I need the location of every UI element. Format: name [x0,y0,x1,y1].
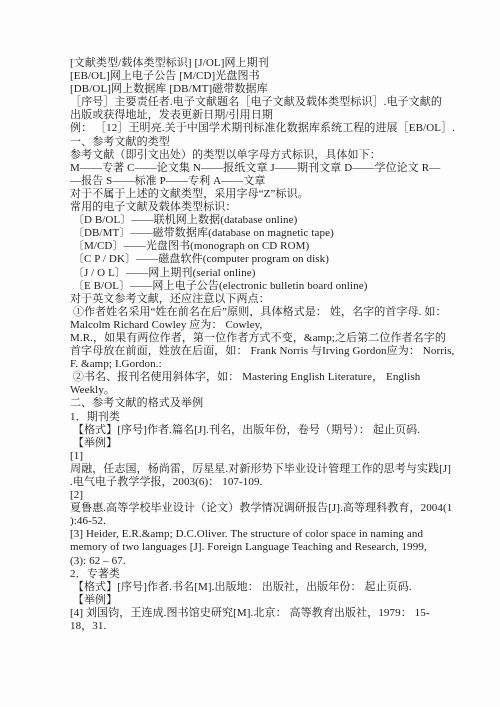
text-line: F. &amp; I.Gordon.: [70,358,450,371]
document-body: [文献类型/载体类型标识] [J/OL]网上期刊[EB/OL]网上电子公告 [M… [70,57,450,633]
text-line: [1] [70,450,450,463]
text-line: 首字母放在前面，姓放在后面，如： Frank Norris 与Irving Go… [70,345,450,358]
text-line: 对于不属于上述的文献类型，采用字母“Z”标识。 [70,188,450,201]
text-line: ①作者姓名采用“姓在前名在后”原则，具体格式是： 姓，名字的首字母. 如： [70,306,450,319]
text-line: 〔M/CD〕——光盘图书(monograph on CD ROM) [70,240,450,253]
text-line: 夏鲁惠.高等学校毕业设计（论文）教学情况调研报告[J].高等理科教育，2004(… [70,502,450,515]
text-line: 常用的电子文献及载体类型标识： [70,201,450,214]
text-line: 参考文献（即引文出处）的类型以单字母方式标识，具体如下： [70,149,450,162]
text-line: 二、参考文献的格式及举例 [70,397,450,410]
text-line: 出版或获得地址，发表更新日期/引用日期 [70,109,450,122]
text-line: ②书名、报刊名使用斜体字，如： Mastering English Litera… [70,371,450,384]
text-line: .电气电子教学学报，2003(6)： 107-109. [70,476,450,489]
text-line: 一、参考文献的类型 [70,136,450,149]
text-line: 2．专著类 [70,568,450,581]
text-line: memory of two languages [J]. Foreign Lan… [70,541,450,554]
text-line: —报告 S——标准 P——专利 A——文章 [70,175,450,188]
text-line: Malcolm Richard Cowley 应为： Cowley, [70,319,450,332]
text-line: (3): 62 – 67. [70,555,450,568]
text-line: [2] [70,489,450,502]
text-line: 例： ［12］王明亮.关于中国学术期刊标准化数据库系统工程的进展［EB/OL］. [70,122,450,135]
document-page: [文献类型/载体类型标识] [J/OL]网上期刊[EB/OL]网上电子公告 [M… [0,0,500,707]
text-line: 【举例】 [70,437,450,450]
text-line: [文献类型/载体类型标识] [J/OL]网上期刊 [70,57,450,70]
text-line: 〔D B/OL〕——联机网上数据(database online) [70,214,450,227]
text-line: M——专著 C——论文集 N——报纸文章 J——期刊文章 D——学位论文 R— [70,162,450,175]
text-line: 对于英文参考文献，还应注意以下两点： [70,293,450,306]
text-line: 〔E B/OL〕——网上电子公告(electronic bulletin boa… [70,280,450,293]
text-line: 【格式】[序号]作者.书名[M].出版地： 出版社，出版年份： 起止页码. [70,581,450,594]
text-line: 1．期刊类 [70,411,450,424]
text-line: ):46-52. [70,515,450,528]
text-line: 18，31. [70,620,450,633]
text-line: ［序号］主要责任者.电子文献题名［电子文献及载体类型标识］.电子文献的 [70,96,450,109]
text-line: 〔DB/MT〕——磁带数据库(database on magnetic tape… [70,227,450,240]
text-line: M.R.，如果有两位作者，第一位作者方式不变，&amp;之后第二位作者名字的 [70,332,450,345]
text-line: [3] Heider, E.R.&amp; D.C.Oliver. The st… [70,528,450,541]
text-line: Weekly。 [70,384,450,397]
text-line: 〔C P / DK〕——磁盘软件(computer program on dis… [70,253,450,266]
text-line: [4] 刘国钧，王连成.图书馆史研究[M].北京： 高等教育出版社，1979： … [70,607,450,620]
text-line: 〔J / O L〕——网上期刊(serial online) [70,267,450,280]
text-line: [DB/OL]网上数据库 [DB/MT]磁带数据库 [70,83,450,96]
text-line: 【格式】[序号]作者.篇名[J].刊名，出版年份，卷号（期号）： 起止页码. [70,424,450,437]
text-line: 【举例】 [70,594,450,607]
text-line: 周融，任志国，杨尚雷，厉星星.对新形势下毕业设计管理工作的思考与实践[J] [70,463,450,476]
text-line: [EB/OL]网上电子公告 [M/CD]光盘图书 [70,70,450,83]
